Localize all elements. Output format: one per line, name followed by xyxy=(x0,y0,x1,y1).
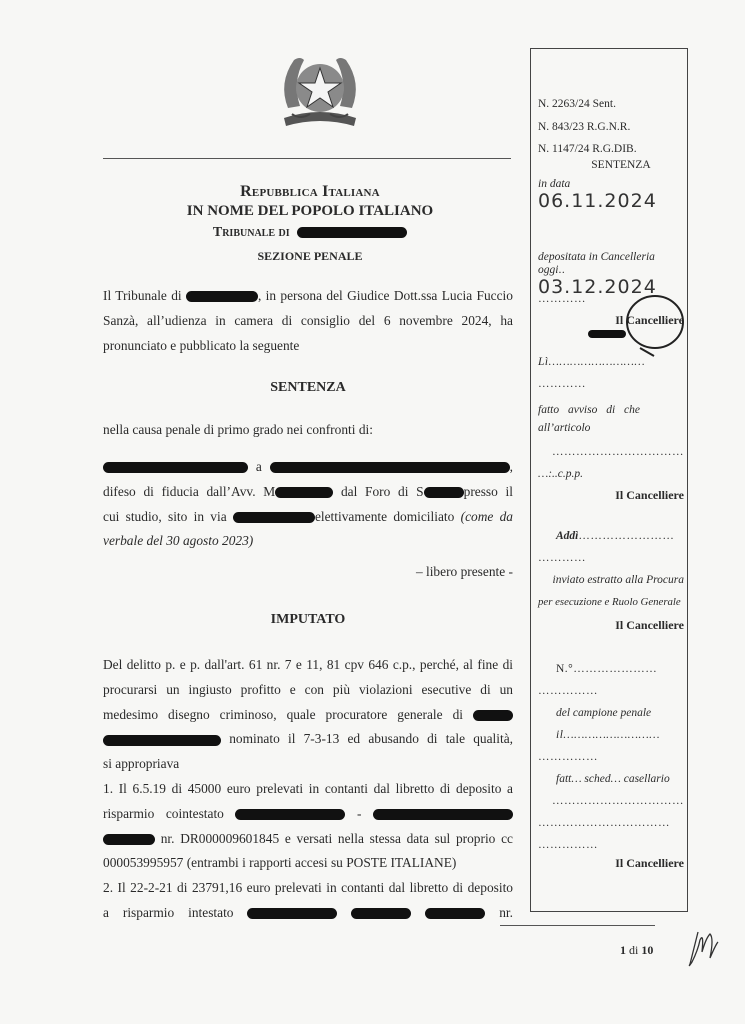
charges-line-2: procurarsi un ingiusto profitto e con pi… xyxy=(103,678,513,703)
dots-line: …………………………… xyxy=(538,817,684,829)
imputato-title: IMPUTATO xyxy=(103,612,513,628)
redacted-lawyer-name xyxy=(275,487,333,498)
inviato-line-2: per esecuzione e Ruolo Generale xyxy=(538,596,684,608)
header-republic: Repubblica Italiana xyxy=(100,183,520,201)
charges-line-3: medesimo disegno criminoso, quale procur… xyxy=(103,703,513,728)
redacted-tribunal-city xyxy=(297,227,407,238)
campione-label: del campione penale xyxy=(538,707,702,719)
defendant-status: – libero presente - xyxy=(103,564,513,580)
header-people: IN NOME DEL POPOLO ITALIANO xyxy=(100,203,520,220)
redacted-holder-3 xyxy=(425,908,485,919)
numero-line: N.°………………… xyxy=(538,663,702,675)
cancelliere-label-1: Il Cancelliere xyxy=(538,488,684,503)
charges-line-4: nominato il 7-3-13 ed abusando di tale q… xyxy=(103,727,513,752)
redacted-cointestatario-1 xyxy=(235,809,345,820)
dots-line: …………………………… xyxy=(538,795,684,807)
charges-item-1-line-4: 000053995957 (entrambi i rapporti accesi… xyxy=(103,851,513,876)
tribunal-prefix: Tribunale di xyxy=(213,225,290,240)
sent-number: N. 2263/24 Sent. xyxy=(538,98,684,110)
causa-text: nella causa penale di primo grado nei co… xyxy=(103,418,513,443)
charges-paragraph: Del delitto p. e p. dall'art. 61 nr. 7 e… xyxy=(103,653,513,926)
charges-item-1-line-2: risparmio cointestato - xyxy=(103,802,513,827)
document-page: Repubblica Italiana IN NOME DEL POPOLO I… xyxy=(0,0,745,1024)
cancelliere-label-3: Il Cancelliere xyxy=(538,856,684,871)
dots-line: ………… xyxy=(538,378,684,390)
in-data-label: in data xyxy=(538,178,570,190)
cancelliere-label-2: Il Cancelliere xyxy=(538,618,684,633)
redacted-cointestatario-2-cont xyxy=(103,834,155,845)
charges-item-2-line-1: 2. Il 22-2-21 di 23791,16 euro prelevati… xyxy=(103,876,513,901)
page-number: 1 di 10 xyxy=(620,943,653,958)
redacted-defendant-name xyxy=(103,462,248,473)
charges-item-1-line-3: nr. DR000009601845 e versati nella stess… xyxy=(103,827,513,852)
redacted-bar-city xyxy=(424,487,464,498)
intro-line-2: Sanzà, all’udienza in camera di consigli… xyxy=(103,309,513,334)
redacted-holder-2 xyxy=(351,908,411,919)
circular-stamp-icon xyxy=(620,290,690,360)
header-section: SEZIONE PENALE xyxy=(100,249,520,264)
redacted-birthplace-date xyxy=(270,462,510,473)
addi-label: Addì xyxy=(556,530,578,542)
fatto-avviso-label: fatto avviso di che xyxy=(538,404,684,416)
defendant-line-1: a , xyxy=(103,455,513,480)
inviato-line-1: inviato estratto alla Procura xyxy=(538,574,684,586)
all-articolo-label: all’articolo xyxy=(538,422,684,434)
handwritten-initials-icon xyxy=(684,928,724,968)
cpp-label: …:..c.p.p. xyxy=(538,468,684,480)
defendant-line-3: cui studio, sito in via elettivamente do… xyxy=(103,505,513,530)
italian-republic-emblem-icon xyxy=(270,48,370,136)
in-data-handwritten-date: 06.11.2024 xyxy=(538,190,657,212)
sidebar-sentenza-label: SENTENZA xyxy=(538,159,694,171)
redacted-city xyxy=(186,291,258,302)
depositata-label: depositata in Cancelleria xyxy=(538,251,684,263)
rgdib-number: N. 1147/24 R.G.DIB. xyxy=(538,143,684,155)
charges-item-2-line-2: a risparmio intestato nr. xyxy=(103,901,513,926)
intro-line-1: Il Tribunale di , in persona del Giudice… xyxy=(103,284,513,309)
dots-line: …………… xyxy=(538,839,684,851)
oggi-label: oggi xyxy=(538,264,558,276)
header-divider xyxy=(103,158,511,159)
dots-line: …………… xyxy=(538,751,684,763)
li-line: Lì……………………… xyxy=(538,356,684,368)
defendant-paragraph: a , difeso di fiducia dall’Avv. M dal Fo… xyxy=(103,455,513,554)
intro-line-3: pronunciato e pubblicato la seguente xyxy=(103,334,513,359)
intro-paragraph: Il Tribunale di , in persona del Giudice… xyxy=(103,284,513,358)
dots-line: ………… xyxy=(538,552,684,564)
redacted-principal-name-cont xyxy=(103,735,221,746)
redacted-cointestatario-2 xyxy=(373,809,513,820)
dots-line: …………………………… xyxy=(538,446,684,458)
charges-line-1: Del delitto p. e p. dall'art. 61 nr. 7 e… xyxy=(103,653,513,678)
redacted-address xyxy=(233,512,315,523)
defendant-line-2: difeso di fiducia dall’Avv. M dal Foro d… xyxy=(103,480,513,505)
dots-line: …………… xyxy=(538,685,684,697)
il-line: il……………………… xyxy=(538,729,702,741)
rgnr-number: N. 843/23 R.G.N.R. xyxy=(538,121,684,133)
redacted-holder-1 xyxy=(247,908,337,919)
fatt-sched-casellario-label: fatt… sched… casellario xyxy=(538,773,702,785)
footer-divider xyxy=(500,925,655,926)
addi-row: Addì…………………… xyxy=(538,530,702,542)
sentenza-title: SENTENZA xyxy=(103,380,513,396)
redacted-principal-name xyxy=(473,710,513,721)
in-data-row: in data 06.11.2024 xyxy=(538,178,684,212)
header-tribunal: Tribunale di xyxy=(100,225,520,241)
defendant-line-4: verbale del 30 agosto 2023) xyxy=(103,529,513,554)
charges-line-5: si appropriava xyxy=(103,752,513,777)
charges-item-1-line-1: 1. Il 6.5.19 di 45000 euro prelevati in … xyxy=(103,777,513,802)
